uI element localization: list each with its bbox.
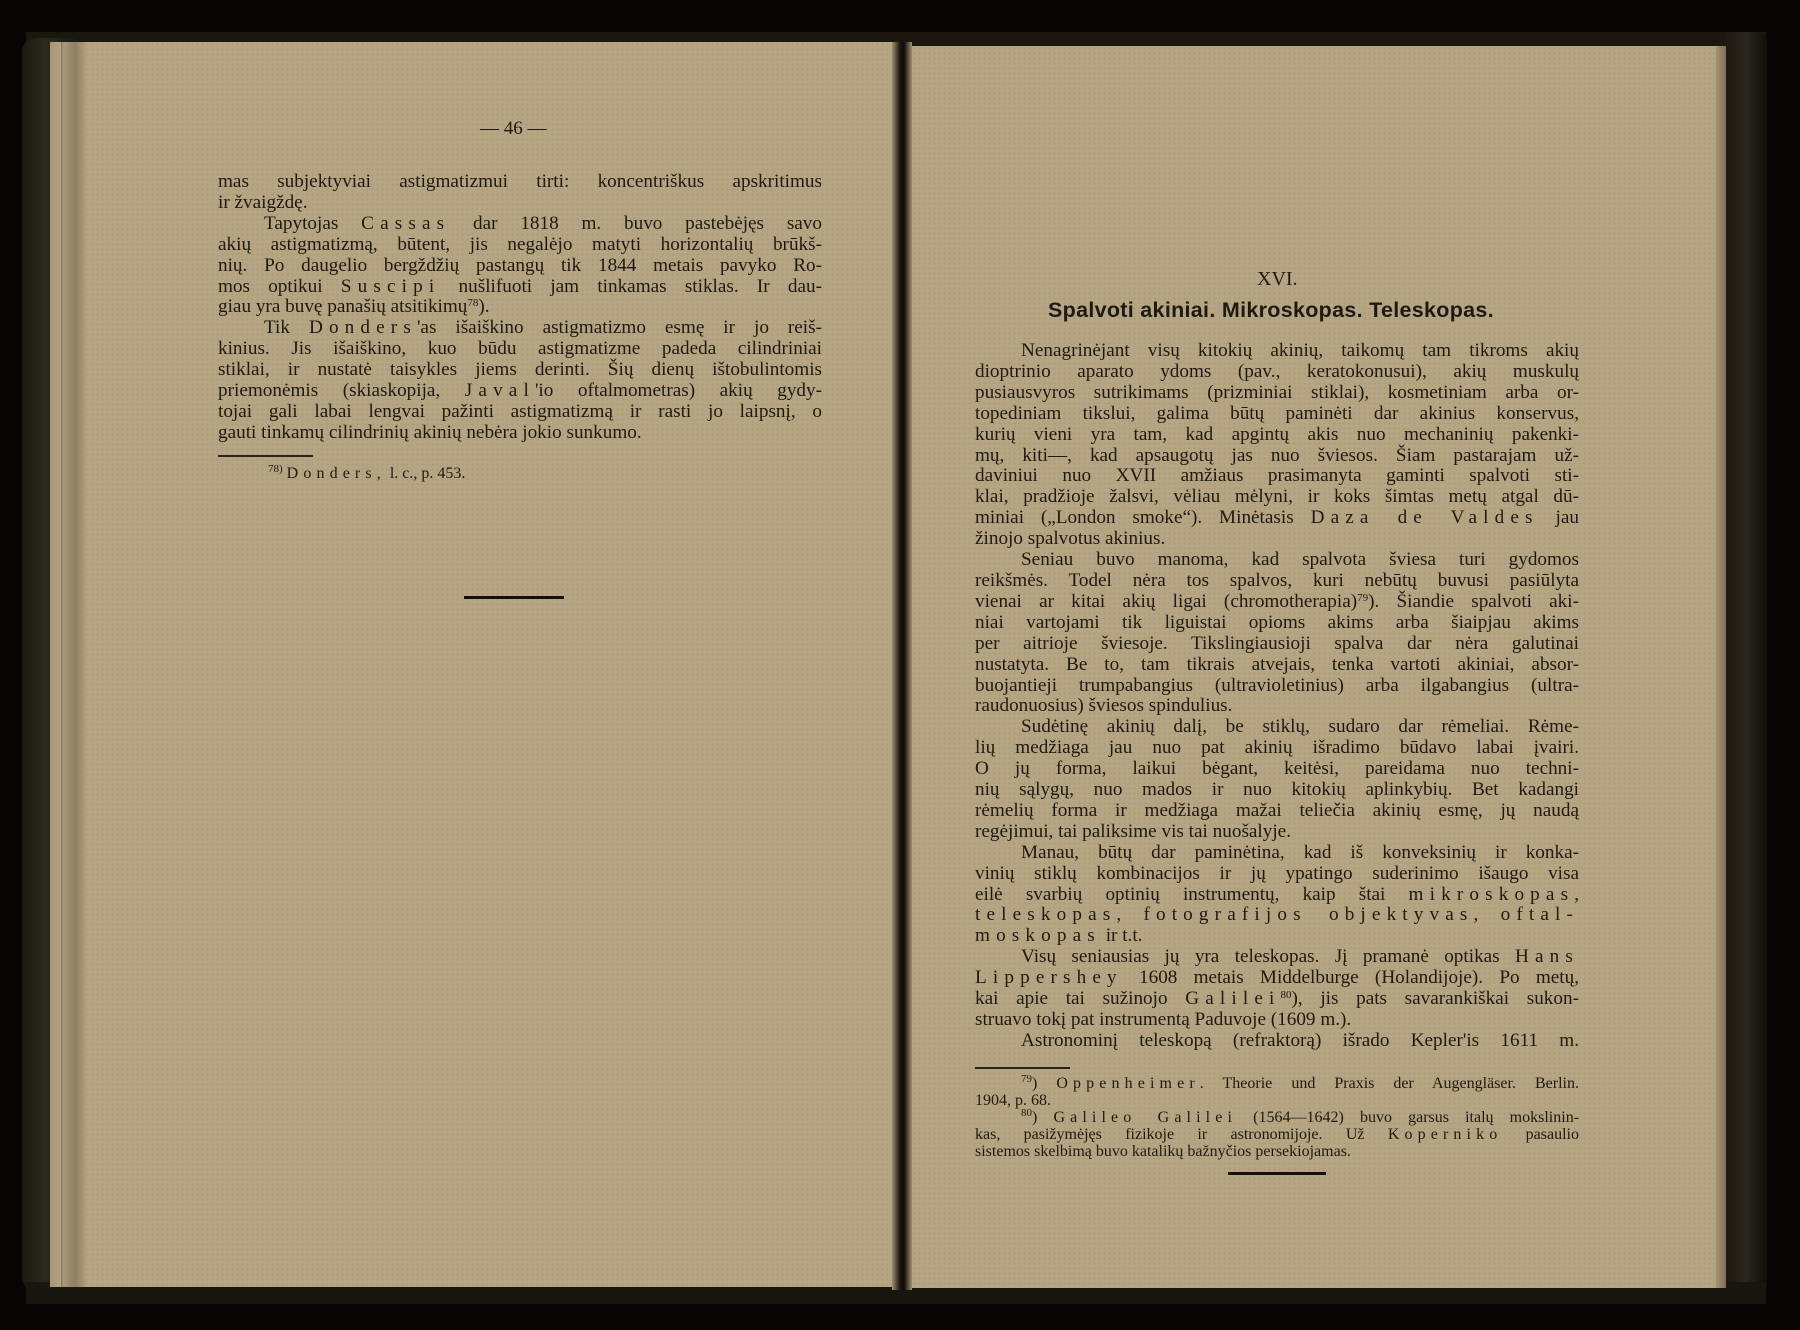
text-line: nustatyta. Be to, tam tikrais atvejais, … bbox=[975, 655, 1579, 676]
text-line: raudonuosius) šviesos spindulius. bbox=[975, 696, 1579, 717]
text-line: akių astigmatizmą, būtent, jis negalėjo … bbox=[218, 235, 822, 256]
left-page-edge-stack bbox=[50, 42, 86, 1287]
text-line: reikšmės. Todel nėra tos spalvos, kuri n… bbox=[975, 571, 1579, 592]
text-line: vinių stiklų kombinacijos ir jų ypatingo… bbox=[975, 864, 1579, 885]
text-line: Manau, būtų dar paminėtina, kad iš konve… bbox=[975, 843, 1579, 864]
text-line: žinojo spalvotus akinius. bbox=[975, 529, 1579, 550]
left-page-body: mas subjektyviai astigmatizmui tirti: ko… bbox=[218, 172, 822, 444]
end-of-section-rule bbox=[464, 596, 564, 599]
footnote-author: Donders, bbox=[287, 465, 386, 482]
book-gutter bbox=[892, 42, 912, 1290]
text-line: kinius. Jis išaiškino, kuo būdu astigmat… bbox=[218, 339, 822, 360]
text-line: mų, kiti—, kad apsaugotų jas nuo šviesos… bbox=[975, 446, 1579, 467]
text-line: Tapytojas Cassas dar 1818 m. buvo pasteb… bbox=[218, 214, 822, 235]
footnote-79-line: 1904, p. 68. bbox=[975, 1092, 1579, 1109]
text-line: dioptrinio aparato ydoms (pav., keratoko… bbox=[975, 362, 1579, 383]
text-line: gauti tinkamų cilindrinių akinių nebėra … bbox=[218, 423, 822, 444]
text-line: regėjimui, tai paliksime vis tai nuošaly… bbox=[975, 822, 1579, 843]
text-line: daviniui nuo XVII amžiaus prasimanyta ga… bbox=[975, 466, 1579, 487]
text-line: topediniam tikslui, galima būtų paminėti… bbox=[975, 404, 1579, 425]
footnote-text: 78) Donders, l. c., p. 453. bbox=[268, 465, 668, 482]
text-line: kurių vieni yra tam, kad apgintų akis nu… bbox=[975, 425, 1579, 446]
footnote-ref: l. c., p. 453. bbox=[390, 465, 466, 482]
right-page-edge bbox=[1716, 46, 1726, 1288]
text-line: pusiausvyros sutrikimams (prizminiai sti… bbox=[975, 383, 1579, 404]
book-cover-right bbox=[1725, 32, 1767, 1294]
text-line: Visų seniausias jų yra teleskopas. Jį pr… bbox=[975, 947, 1579, 968]
text-line: niai vartojami tik liguistai opioms akim… bbox=[975, 613, 1579, 634]
text-line: stiklai, ir nustatė taisykles jiems deri… bbox=[218, 360, 822, 381]
page-number: — 46 — bbox=[480, 118, 547, 140]
text-line: tojai gali labai lengvai pažinti astigma… bbox=[218, 402, 822, 423]
footnote-separator bbox=[975, 1067, 1070, 1069]
footnote-80-line: sistemos skelbimą buvo katalikų bažnyčio… bbox=[975, 1143, 1579, 1160]
chapter-number: XVI. bbox=[1257, 268, 1298, 291]
footnote-80-line: kas, pasižymėjęs fizikoje ir astronomijo… bbox=[975, 1126, 1579, 1143]
end-of-section-rule bbox=[1228, 1172, 1326, 1175]
footnote-marker: 78) bbox=[268, 463, 283, 475]
text-line: eilė svarbių optinių instrumentų, kaip š… bbox=[975, 885, 1579, 906]
text-line: giau yra buvę panašių atsitikimų78). bbox=[218, 297, 822, 318]
footnote-separator bbox=[218, 455, 313, 457]
text-line: priemonėmis (skiaskopija, Javal'io oftal… bbox=[218, 381, 822, 402]
text-line: teleskopas, fotografijos objektyvas, oft… bbox=[975, 905, 1579, 926]
text-line: Lippershey 1608 metais Middelburge (Hola… bbox=[975, 968, 1579, 989]
text-line: Sudėtinę akinių dalį, be stiklų, sudaro … bbox=[975, 717, 1579, 738]
text-line: miniai („London smoke“). Minėtasis Daza … bbox=[975, 508, 1579, 529]
text-line: mos optikui Suscipi nušlifuoti jam tinka… bbox=[218, 277, 822, 298]
footnote-79-line: 79) Oppenheimer. Theorie und Praxis der … bbox=[975, 1075, 1579, 1092]
footnote-78: 78) Donders, l. c., p. 453. bbox=[268, 465, 668, 482]
text-line: O jų forma, laikui bėgant, keitėsi, pare… bbox=[975, 759, 1579, 780]
text-line: nių. Po daugelio bergždžių pastangų tik … bbox=[218, 256, 822, 277]
right-page-footnotes: 79) Oppenheimer. Theorie und Praxis der … bbox=[975, 1075, 1579, 1160]
text-line: rėmelių forma ir medžiaga mažai teliečia… bbox=[975, 801, 1579, 822]
text-line: nių sąlygų, nuo mados ir nuo kitokių apl… bbox=[975, 780, 1579, 801]
text-line: struavo tokį pat instrumentą Paduvoje (1… bbox=[975, 1010, 1579, 1031]
text-line: buojantieji trumpabangius (ultravioletin… bbox=[975, 676, 1579, 697]
text-line: kai apie tai sužinojo Galilei80), jis pa… bbox=[975, 989, 1579, 1010]
text-line: mas subjektyviai astigmatizmui tirti: ko… bbox=[218, 172, 822, 193]
text-line: ir žvaigždę. bbox=[218, 193, 822, 214]
right-page-body: Nenagrinėjant visų kitokių akinių, taiko… bbox=[975, 341, 1579, 1052]
text-line: per aitrioje šviesoje. Tikslingiausioji … bbox=[975, 634, 1579, 655]
text-line: Tik Donders'as išaiškino astigmatizmo es… bbox=[218, 318, 822, 339]
text-line: Nenagrinėjant visų kitokių akinių, taiko… bbox=[975, 341, 1579, 362]
text-line: Seniau buvo manoma, kad spalvota šviesa … bbox=[975, 550, 1579, 571]
text-line: lių medžiaga jau nuo pat akinių išradimo… bbox=[975, 738, 1579, 759]
footnote-80-line: 80) Galileo Galilei (1564—1642) buvo gar… bbox=[975, 1109, 1579, 1126]
text-line: klai, pradžioje žalsvi, vėliau mėlyni, i… bbox=[975, 487, 1579, 508]
text-line: Astronominį teleskopą (refraktorą) išrad… bbox=[975, 1031, 1579, 1052]
chapter-title: Spalvoti akiniai. Mikroskopas. Teleskopa… bbox=[1048, 298, 1494, 323]
text-line: vienai ar kitai akių ligai (chromotherap… bbox=[975, 592, 1579, 613]
text-line: moskopas ir t.t. bbox=[975, 926, 1579, 947]
